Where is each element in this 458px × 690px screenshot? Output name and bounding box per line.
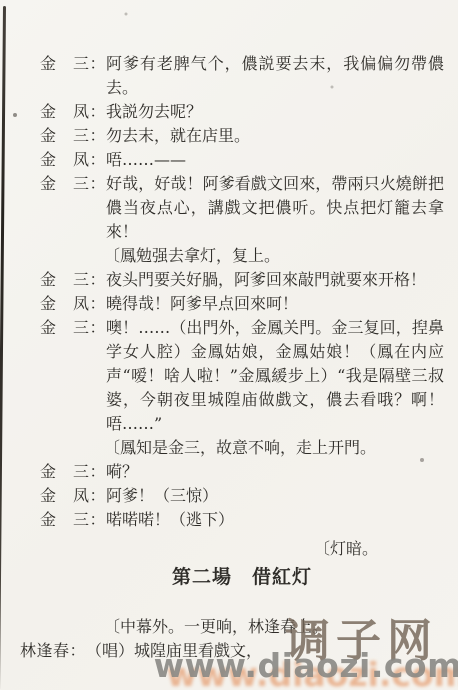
dialogue-line: 金 三：夜头門要关好腡，阿爹回來敲門就要來开格！ <box>40 268 444 292</box>
stage-line: 〔鳳勉强去拿灯，复上。 <box>104 244 444 268</box>
dialogue-line: 金 三：阿爹有老脾气个，儂説要去末，我偏偏勿帶儂去。 <box>40 52 444 100</box>
stage-line: 〔鳳知是金三，故意不响，走上开門。 <box>104 436 444 460</box>
speaker-name: 金 三： <box>40 172 106 244</box>
dialogue-text: 曉得哉！阿爹早点回來呵！ <box>106 292 444 316</box>
speaker-name: 金 三： <box>40 460 106 484</box>
dialogue-line: 金 三：勿去末，就在店里。 <box>40 124 444 148</box>
speaker-name: 金 凤： <box>40 484 106 508</box>
dialogue-line: 金 凤：我説勿去呢？ <box>40 100 444 124</box>
dialogue-text: 阿爹有老脾气个，儂説要去末，我偏偏勿帶儂去。 <box>106 52 444 100</box>
dialogue-text: 噢！……（出門外，金鳳关門。金三复回，揑鼻学女人腔）金鳳姑娘，金鳳姑娘！（鳳在内… <box>106 316 444 436</box>
speaker-name: 金 三： <box>40 316 106 436</box>
watermark-site-url: www.diaozi.com <box>154 646 458 685</box>
dialogue-text: 勿去末，就在店里。 <box>106 124 444 148</box>
speaker-name: 金 凤： <box>40 100 106 124</box>
dialogue-text: 我説勿去呢？ <box>106 100 444 124</box>
speaker-name: 金 三： <box>40 52 106 100</box>
speaker-name: 林逢春： <box>20 639 86 663</box>
dialogue-text: 嗬？ <box>106 460 444 484</box>
speaker-name: 金 凤： <box>40 292 106 316</box>
scan-noise-specks <box>0 0 2 2</box>
stage-right-line: 〔灯暗。 <box>314 537 444 561</box>
speaker-name: 金 三： <box>40 124 106 148</box>
dialogue-line: 金 三：噢！……（出門外，金鳳关門。金三复回，揑鼻学女人腔）金鳳姑娘，金鳳姑娘！… <box>40 316 444 436</box>
dialogue-text: 喏喏喏！（逃下） <box>106 508 444 532</box>
dialogue-line: 金 凤：唔……—— <box>40 148 444 172</box>
dialogue-text: 好哉，好哉！阿爹看戲文回來，帶兩只火燒餅把儂当夜点心，講戲文把儂听。快点把灯籠去… <box>106 172 444 244</box>
scanned-script-page: 金 三：阿爹有老脾气个，儂説要去末，我偏偏勿帶儂去。金 凤：我説勿去呢？金 三：… <box>0 0 458 690</box>
dialogue-line: 金 三：好哉，好哉！阿爹看戲文回來，帶兩只火燒餅把儂当夜点心，講戲文把儂听。快点… <box>40 172 444 244</box>
dialogue-text: 夜头門要关好腡，阿爹回來敲門就要來开格！ <box>106 268 444 292</box>
speaker-name: 金 三： <box>40 508 106 532</box>
dialogue-text: 唔……—— <box>106 148 444 172</box>
speaker-name: 金 凤： <box>40 148 106 172</box>
dialogue-line: 金 凤：曉得哉！阿爹早点回來呵！ <box>40 292 444 316</box>
dialogue-line: 金 三：嗬？ <box>40 460 444 484</box>
script-body: 金 三：阿爹有老脾气个，儂説要去末，我偏偏勿帶儂去。金 凤：我説勿去呢？金 三：… <box>40 52 444 663</box>
speaker-name: 金 三： <box>40 268 106 292</box>
dialogue-line: 金 凤：阿爹！（三惊） <box>40 484 444 508</box>
page-binding-edge <box>0 6 6 690</box>
dialogue-text: 阿爹！（三惊） <box>106 484 444 508</box>
heading-line: 第二場 借紅灯 <box>40 564 444 591</box>
dialogue-line: 金 三：喏喏喏！（逃下） <box>40 508 444 532</box>
